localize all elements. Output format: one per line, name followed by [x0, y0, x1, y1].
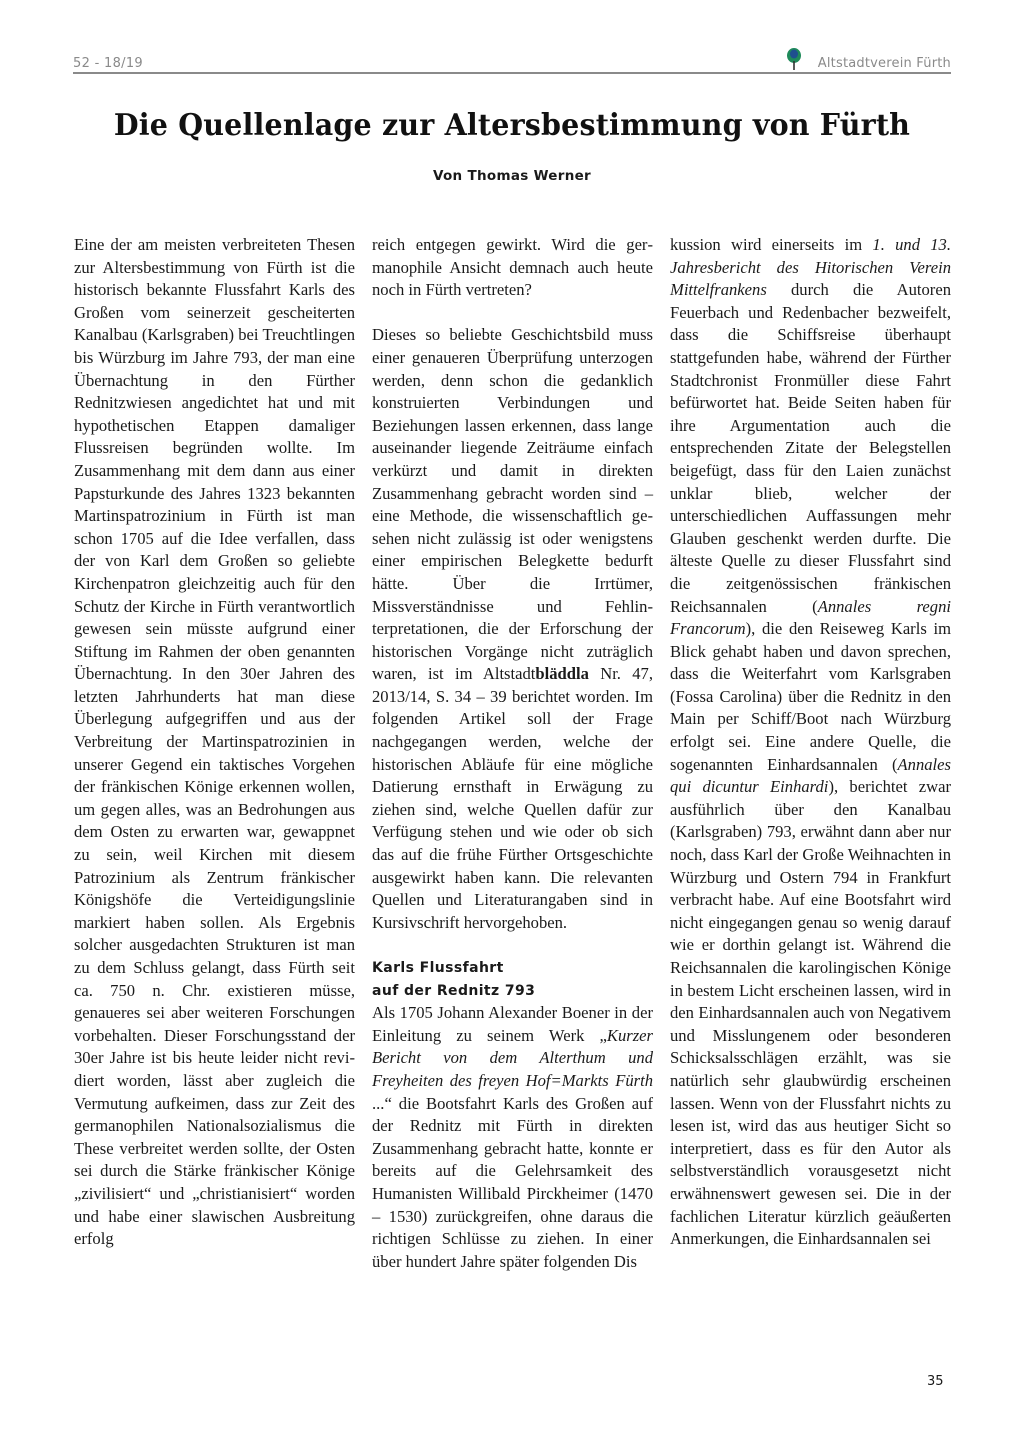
text-run: reich entgegen gewirkt. Wird die ger­man… [372, 235, 653, 299]
text-column-3: kussion wird einerseits im 1. und 13. Ja… [670, 234, 951, 1251]
text-run: ), berichtet zwar ausführlich über den K… [670, 777, 951, 1248]
text-run: Nr. 47, 2013/14, S. 34 – 39 berich­tet w… [372, 664, 653, 932]
text-run: Eine der am meisten verbreiteten Thesen … [74, 235, 355, 1248]
magazine-name: bläddla [535, 664, 589, 683]
paragraph: Eine der am meisten verbreiteten Thesen … [74, 234, 355, 1251]
paragraph: reich entgegen gewirkt. Wird die ger­man… [372, 234, 653, 302]
paragraph: Dieses so beliebte Geschichtsbild muss e… [372, 324, 653, 934]
text-run: Dieses so beliebte Geschichtsbild muss e… [372, 325, 653, 683]
section-heading-line-2: auf der Rednitz 793 [372, 980, 653, 1003]
article-title: Die Quellenlage zur Altersbestimmung von… [26, 108, 999, 143]
organization-name: Altstadtverein Fürth [818, 56, 951, 71]
running-header: 52 - 18/19 Altstadtverein Fürth [73, 52, 951, 74]
tree-icon [786, 48, 802, 70]
section-heading-line-1: Karls Flussfahrt [372, 957, 653, 980]
text-column-2: reich entgegen gewirkt. Wird die ger­man… [372, 234, 653, 1273]
section-heading: Karls Flussfahrt auf der Rednitz 793 [372, 957, 653, 1002]
paragraph: kussion wird einerseits im 1. und 13. Ja… [670, 234, 951, 1251]
paragraph: Als 1705 Johann Alexander Boener in der … [372, 1002, 653, 1273]
text-run: kussion wird einerseits im [670, 235, 872, 254]
page-number: 35 [927, 1374, 944, 1389]
article-byline: Von Thomas Werner [0, 168, 1024, 184]
text-run: durch die Auto­ren Feuerbach und Redenba… [670, 280, 951, 615]
text-run: ...“ die Bootsfahrt Karls des Großen auf… [372, 1094, 653, 1271]
publisher-block: Altstadtverein Fürth [786, 48, 951, 71]
text-column-1: Eine der am meisten verbreiteten Thesen … [74, 234, 355, 1251]
issue-number: 52 - 18/19 [73, 56, 143, 71]
text-run: ), die den Reiseweg Karls im Blick gehab… [670, 619, 951, 774]
